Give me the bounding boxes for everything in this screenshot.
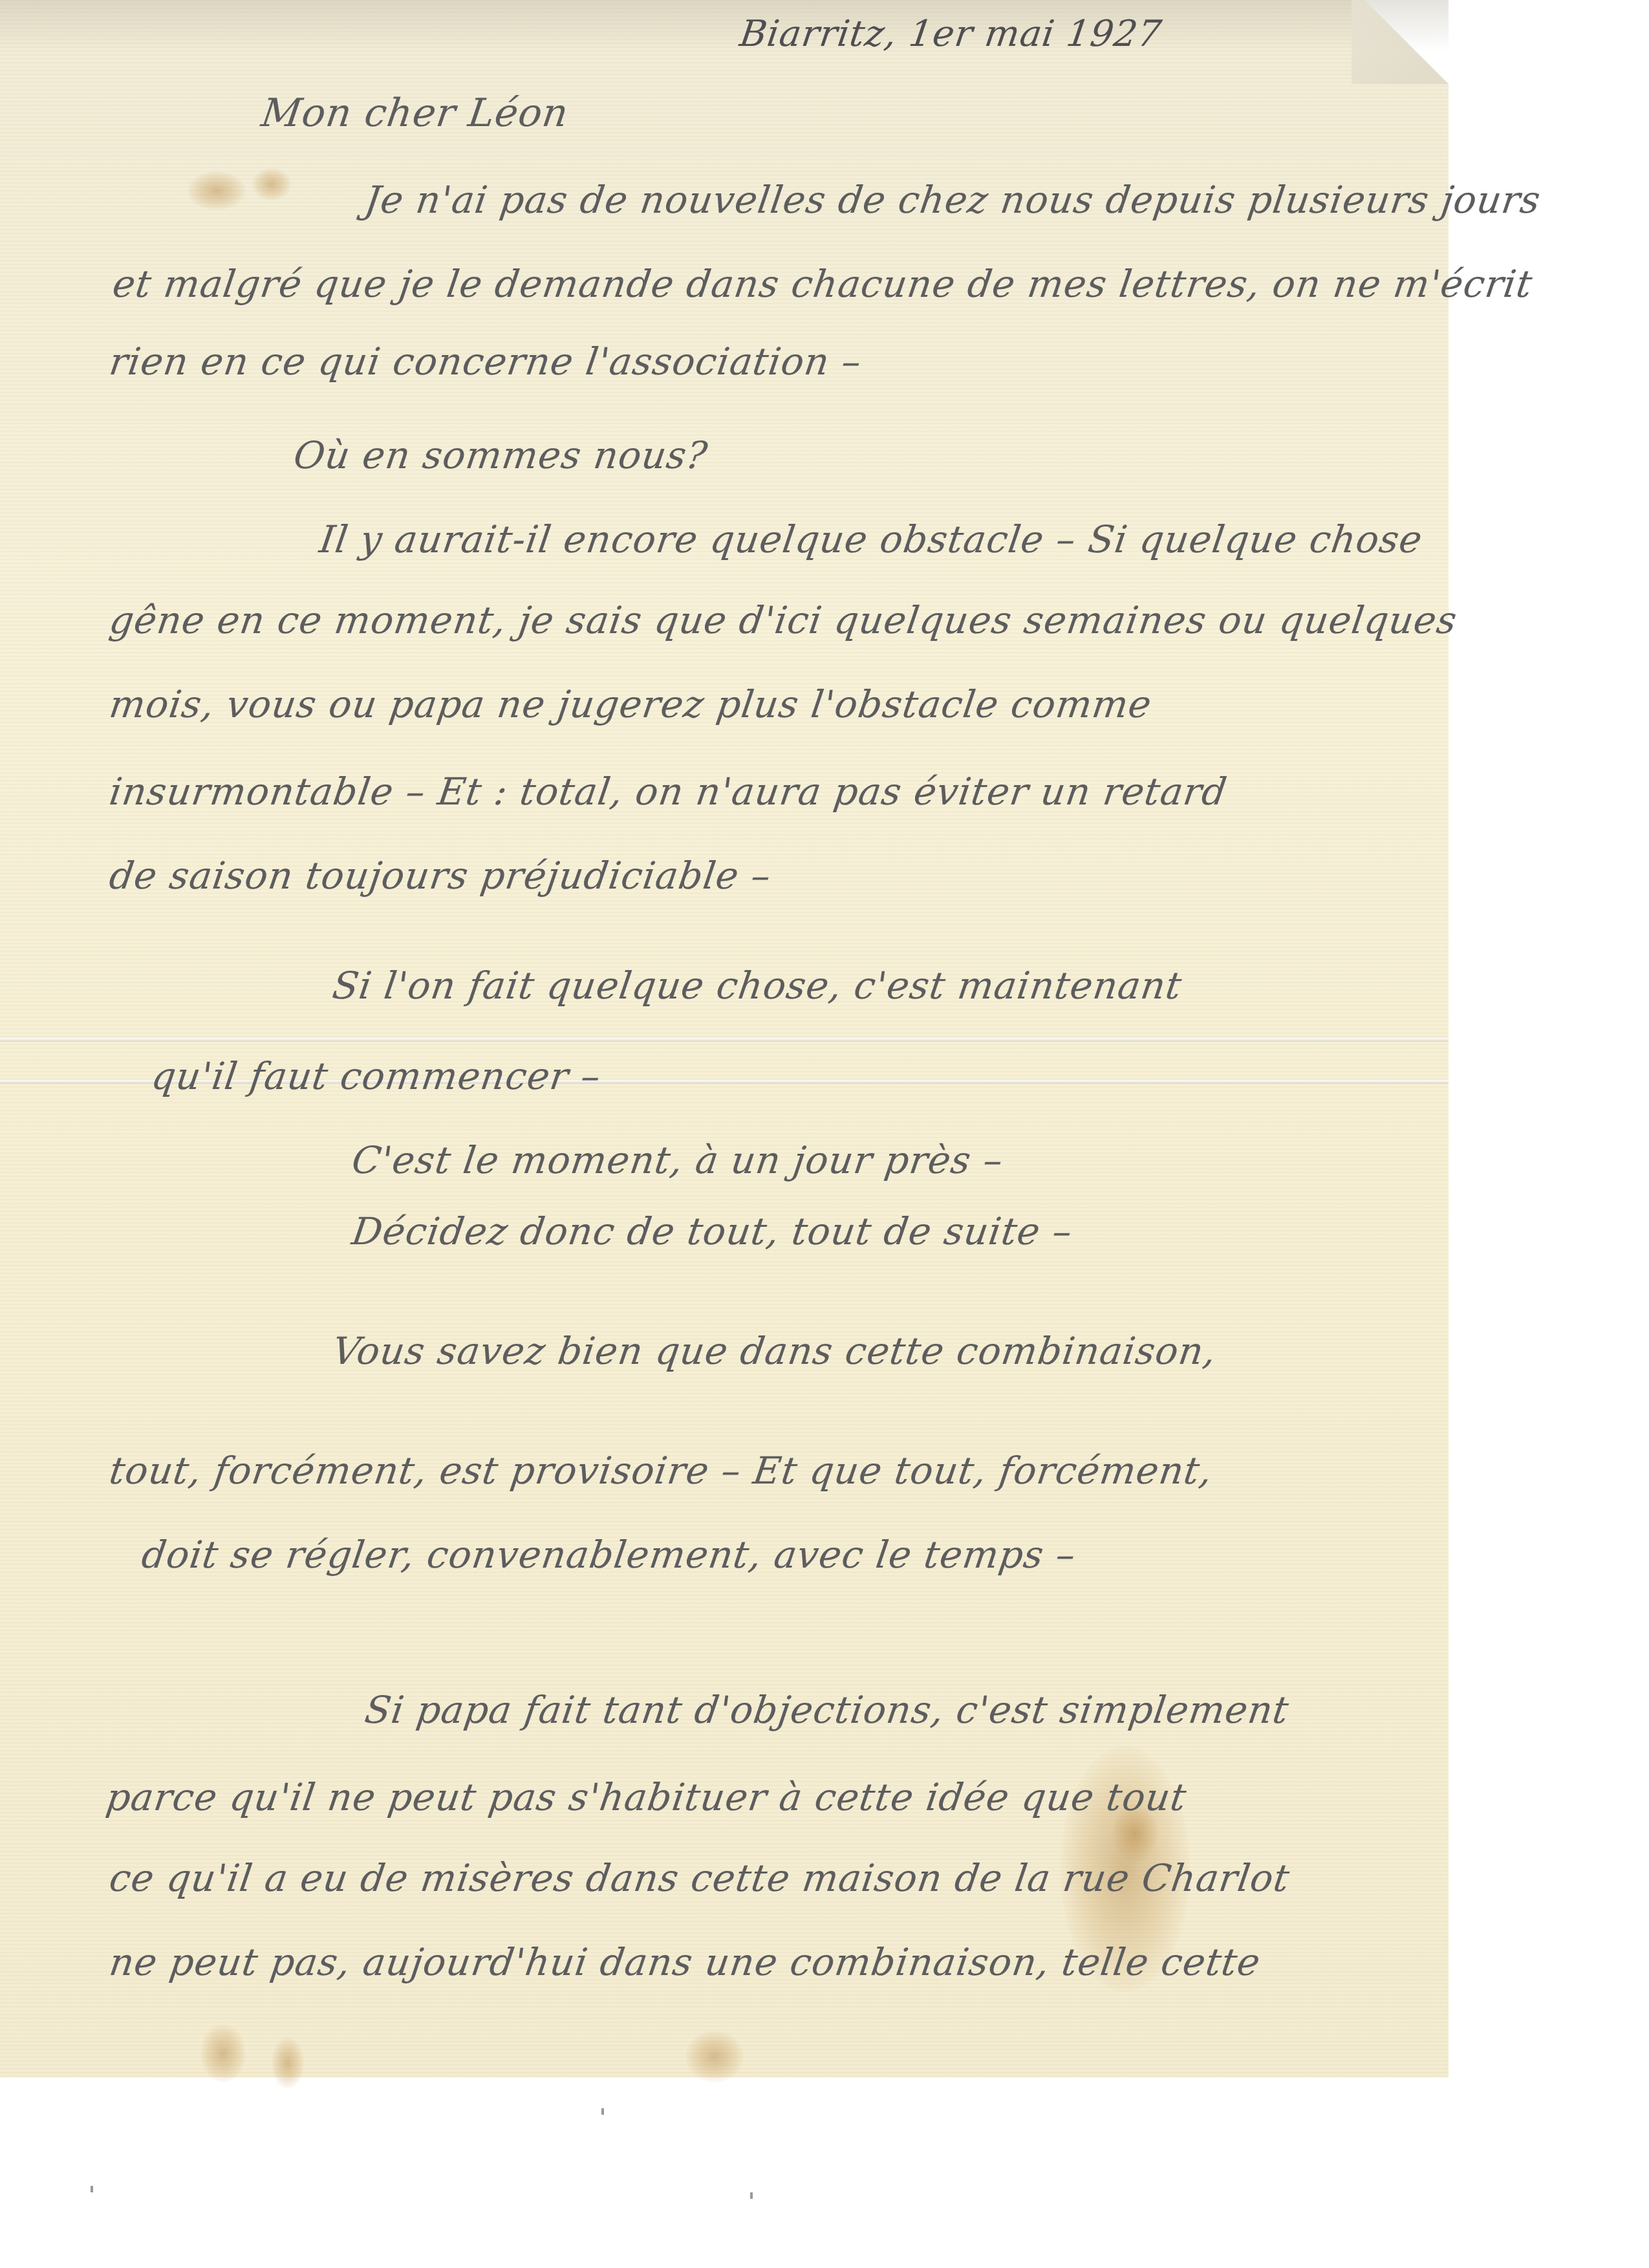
scan-speck: [91, 2186, 93, 2192]
letter-line: ce qu'il a eu de misères dans cette mais…: [107, 1856, 1293, 1900]
letter-line: Il y aurait-il encore quelque obstacle –…: [317, 517, 1425, 561]
stain: [188, 171, 246, 210]
letter-line: Où en sommes nous?: [291, 433, 711, 477]
paper-top-shading: [0, 0, 1449, 52]
place-date: Biarritz, 1er mai 1927: [737, 13, 1165, 55]
letter-line: mois, vous ou papa ne jugerez plus l'obs…: [107, 682, 1154, 726]
stain: [272, 2037, 304, 2089]
letter-line: Vous savez bien que dans cette combinais…: [330, 1329, 1220, 1373]
letter-line: parce qu'il ne peut pas s'habituer à cet…: [103, 1775, 1189, 1819]
fold-crease: [0, 1038, 1449, 1042]
letter-line: Si l'on fait quelque chose, c'est mainte…: [330, 964, 1185, 1008]
letter-line: Je n'ai pas de nouvelles de chez nous de…: [362, 178, 1544, 222]
letter-line: C'est le moment, à un jour près –: [349, 1138, 1006, 1182]
letter-line: de saison toujours préjudiciable –: [107, 854, 774, 898]
stain: [252, 168, 291, 200]
letter-line: et malgré que je le demande dans chacune…: [110, 262, 1535, 306]
letter-line: Si papa fait tant d'objections, c'est si…: [362, 1688, 1292, 1732]
letter-line: doit se régler, convenablement, avec le …: [139, 1533, 1079, 1577]
letter-line: Décidez donc de tout, tout de suite –: [349, 1209, 1075, 1253]
letter-line: tout, forcément, est provisoire – Et que…: [107, 1449, 1216, 1493]
scan-speck: [601, 2108, 604, 2115]
letter-line: insurmontable – Et : total, on n'aura pa…: [107, 770, 1230, 814]
salutation: Mon cher Léon: [259, 91, 572, 136]
letter-line: qu'il faut commencer –: [149, 1054, 604, 1098]
stain: [685, 2031, 744, 2082]
letter-line: gêne en ce moment, je sais que d'ici que…: [107, 598, 1460, 642]
letter-line: ne peut pas, aujourd'hui dans une combin…: [107, 1940, 1264, 1984]
stain: [200, 2024, 246, 2082]
scan-speck: [750, 2192, 753, 2199]
letter-line: rien en ce qui concerne l'association –: [107, 340, 865, 383]
